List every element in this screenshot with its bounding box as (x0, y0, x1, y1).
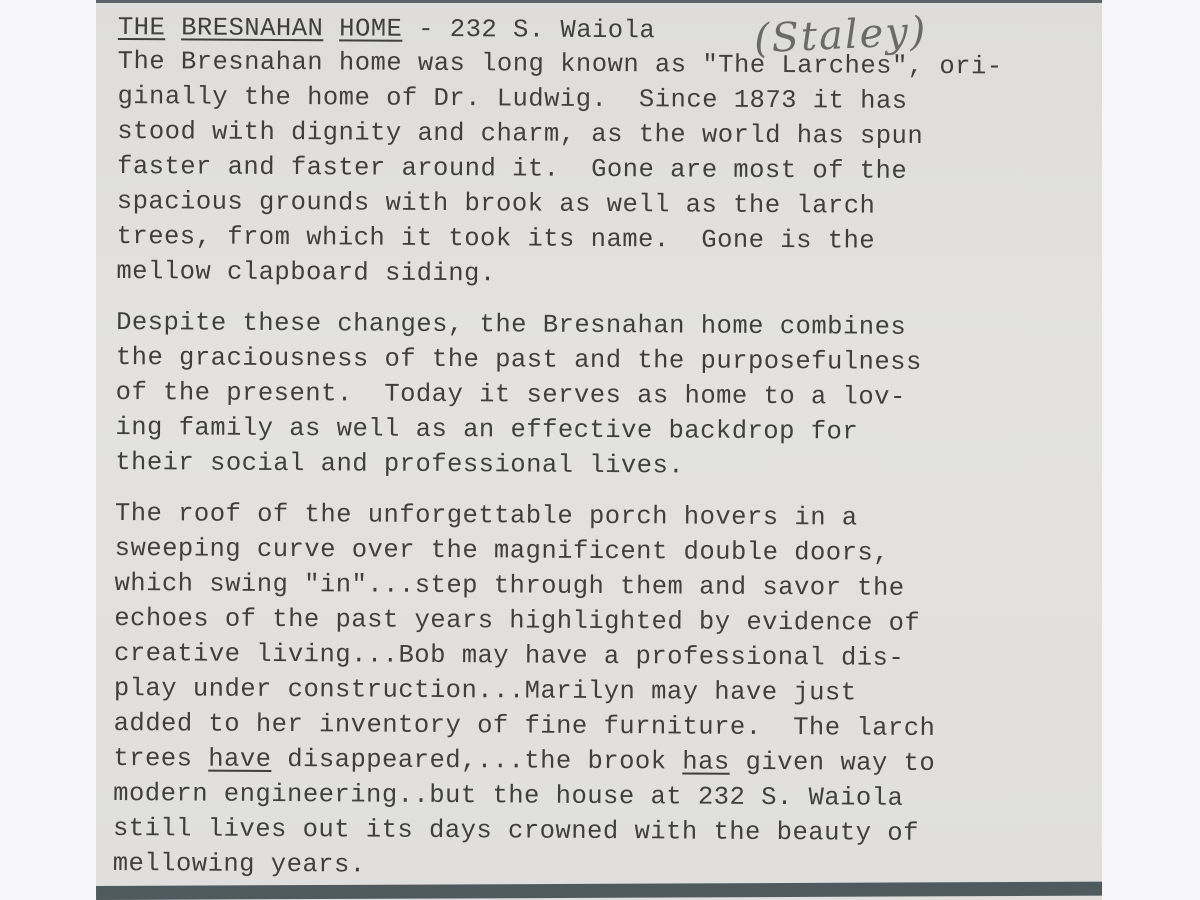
heading-word-bresnahan: BRESNAHAN (181, 13, 323, 43)
text-line: stood with dignity and charm, as the wor… (117, 114, 1097, 155)
text-line-with-underlines: trees have disappeared,...the brook has … (113, 741, 1093, 782)
text-fragment: trees (113, 744, 208, 774)
text-fragment: disappeared,...the brook (271, 745, 682, 777)
paragraph-3: The roof of the unforgettable porch hove… (113, 496, 1095, 887)
heading-word-home: HOME (339, 14, 402, 43)
text-fragment: given way to (730, 748, 936, 778)
text-line: ginally the home of Dr. Ludwig. Since 18… (117, 79, 1097, 120)
typed-page: THE BRESNAHAN HOME - 232 S. Waiola (Stal… (96, 0, 1102, 900)
text-line: creative living...Bob may have a profess… (114, 636, 1094, 677)
bottom-edge-strip (96, 882, 1102, 900)
top-edge-strip (96, 0, 1102, 3)
text-line: trees, from which it took its name. Gone… (117, 219, 1097, 260)
text-line: Despite these changes, the Bresnahan hom… (116, 305, 1096, 346)
text-line: The Bresnahan home was long known as "Th… (118, 44, 1098, 85)
text-line: of the present. Today it serves as home … (116, 375, 1096, 416)
text-line: the graciousness of the past and the pur… (116, 340, 1096, 381)
text-line: which swing "in"...step through them and… (114, 566, 1094, 607)
text-line: their social and professional lives. (115, 445, 1095, 486)
underlined-word-have: have (208, 745, 271, 774)
typed-text: THE BRESNAHAN HOME - 232 S. Waiola (Stal… (113, 12, 1098, 887)
text-line: faster and faster around it. Gone are mo… (117, 149, 1097, 190)
text-line: spacious grounds with brook as well as t… (117, 184, 1097, 225)
text-line: ing family as well as an effective backd… (115, 410, 1095, 451)
text-line: The roof of the unforgettable porch hove… (115, 496, 1095, 537)
text-line: mellow clapboard siding. (116, 254, 1096, 295)
text-line: still lives out its days crowned with th… (113, 811, 1093, 852)
paragraph-2: Despite these changes, the Bresnahan hom… (115, 305, 1096, 486)
heading-address: - 232 S. Waiola (418, 15, 655, 45)
handwritten-note: (Staley) (753, 8, 929, 62)
text-line: echoes of the past years highlighted by … (114, 601, 1094, 642)
text-line: modern engineering..but the house at 232… (113, 776, 1093, 817)
paragraph-1: The Bresnahan home was long known as "Th… (116, 44, 1097, 295)
heading-word-the: THE (118, 13, 166, 42)
text-line: mellowing years. (113, 846, 1093, 887)
text-line: play under construction...Marilyn may ha… (114, 671, 1094, 712)
underlined-word-has: has (682, 747, 730, 776)
text-line: added to her inventory of fine furniture… (114, 706, 1094, 747)
text-line: sweeping curve over the magnificent doub… (115, 531, 1095, 572)
